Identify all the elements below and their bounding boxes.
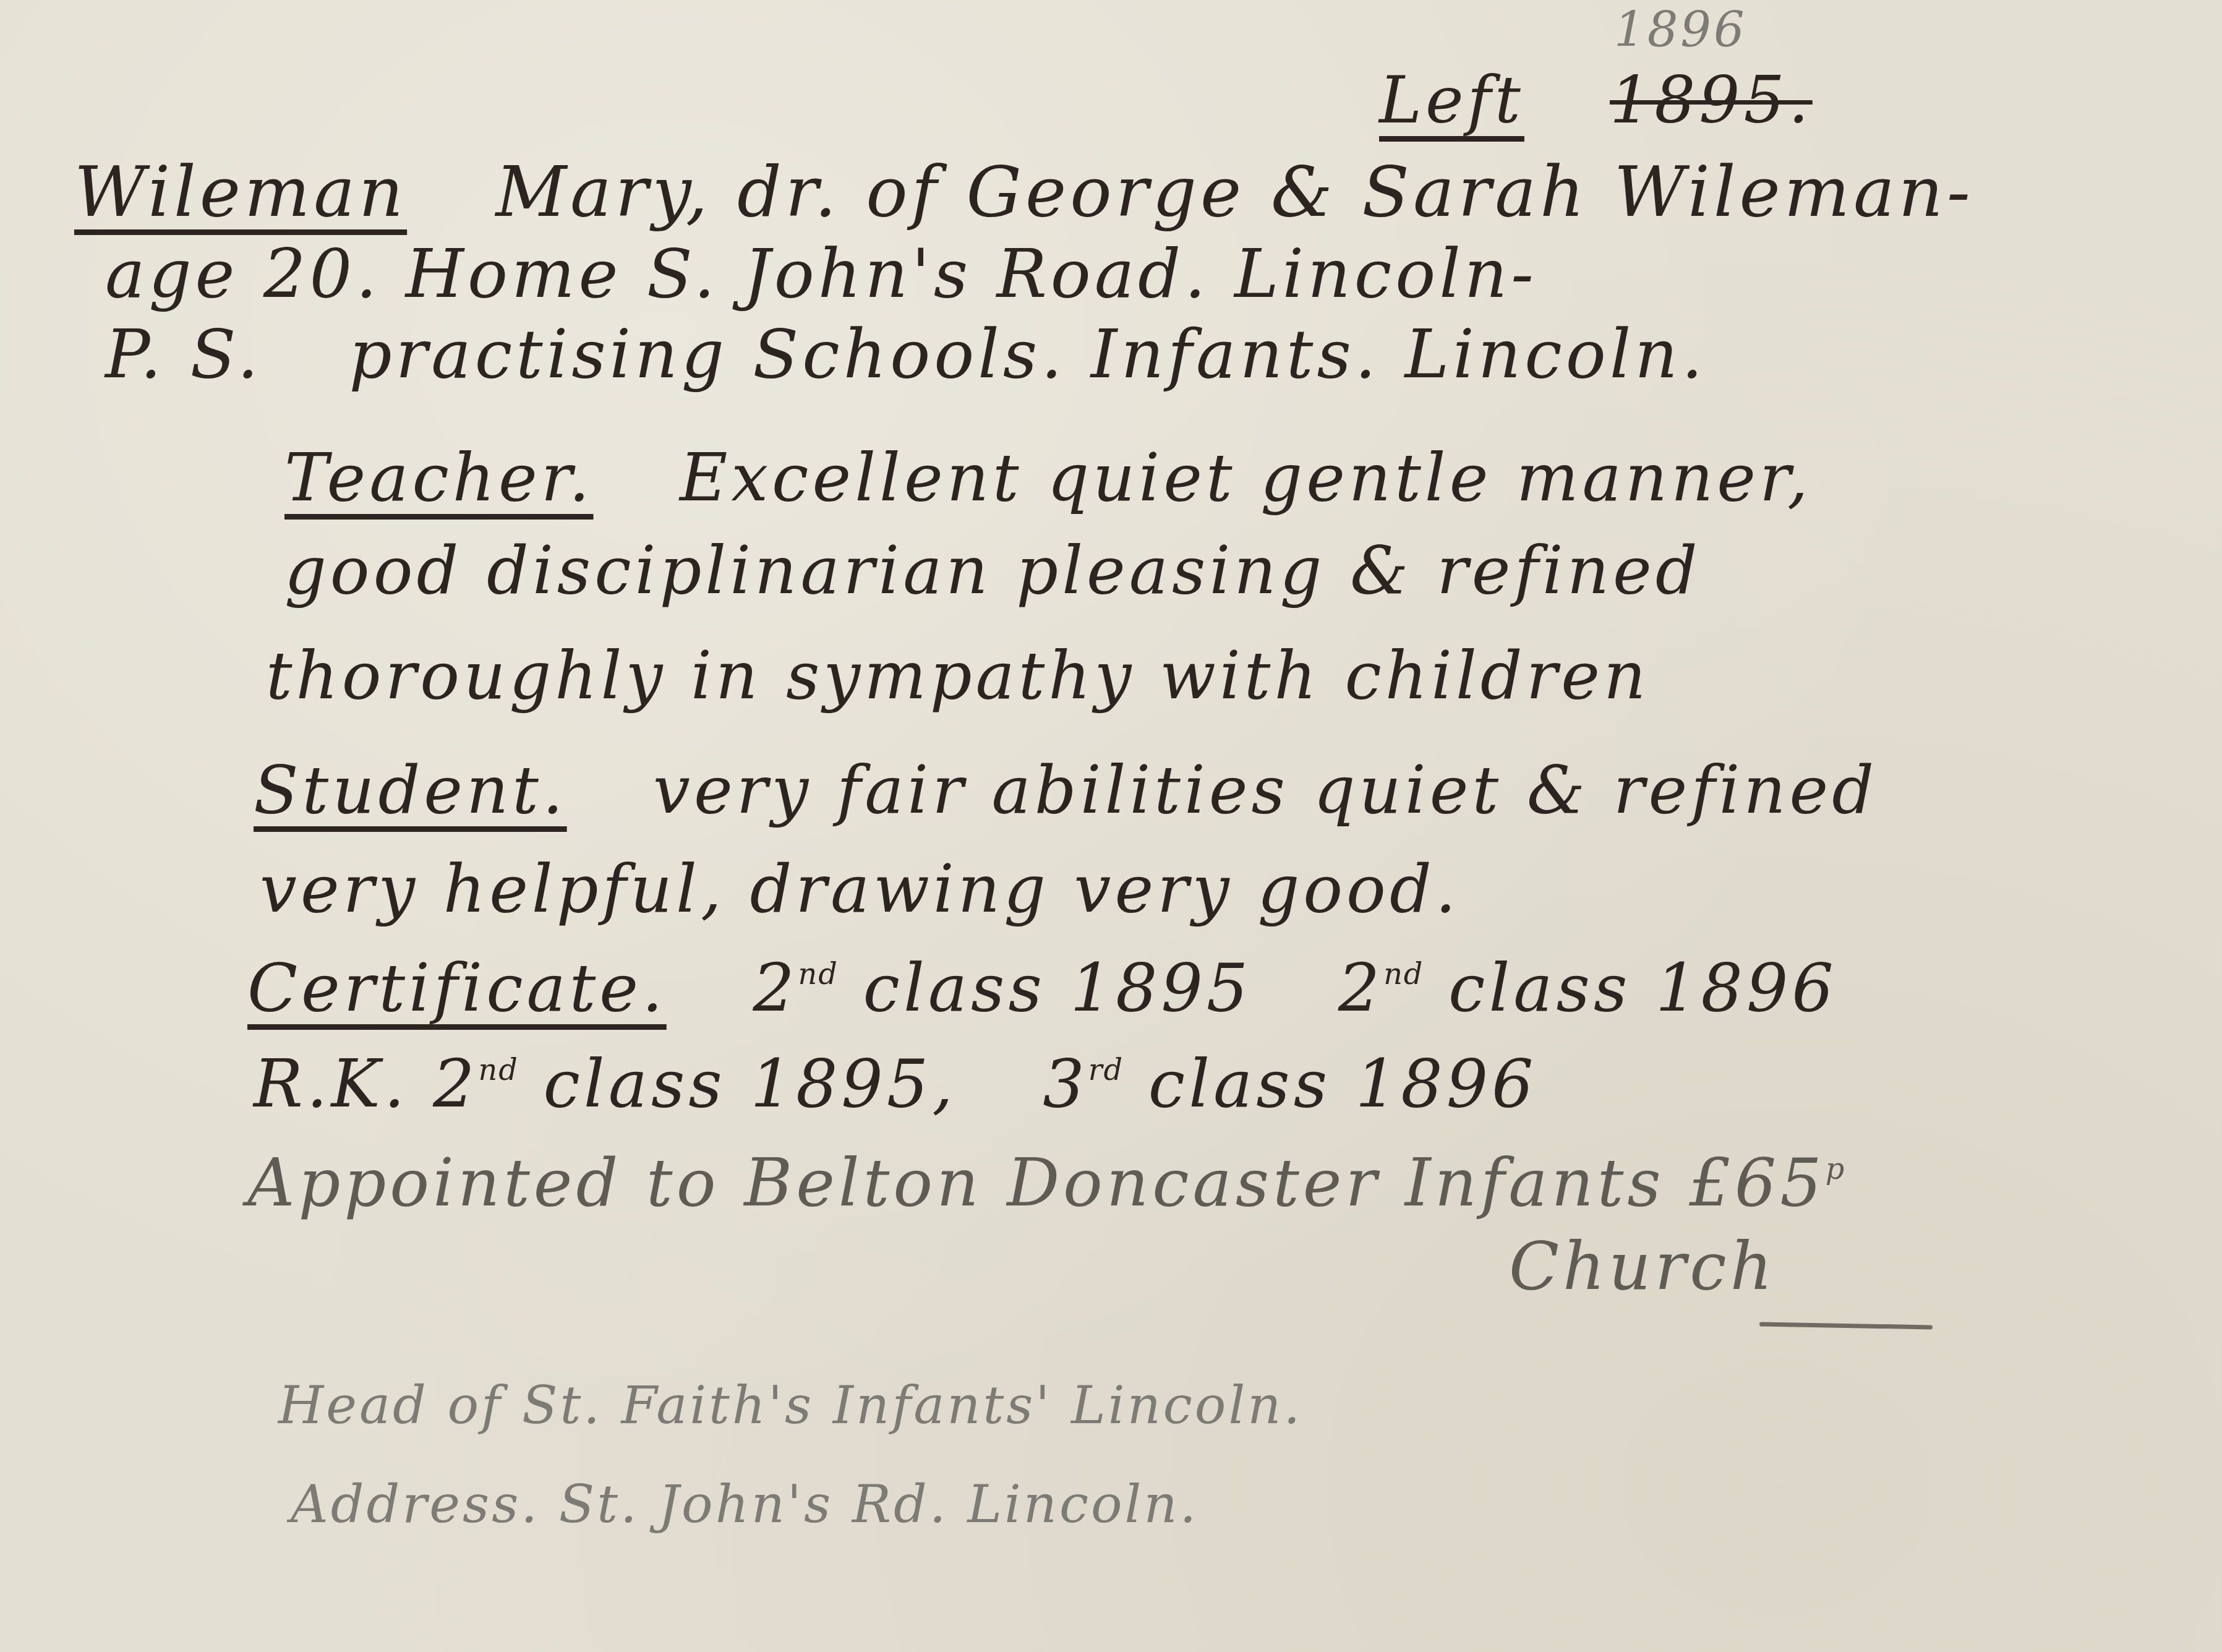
student-line-2: very helpful, drawing very good. [260, 857, 1459, 922]
teacher-line-2: good disciplinarian pleasing & refined [284, 538, 1701, 604]
certificate-a: 2nd class 1895 [753, 950, 1276, 1026]
pencil-note-address: Address. St. John's Rd. Lincoln. [291, 1478, 1199, 1530]
left-label: Left [1379, 62, 1524, 138]
church-underline [1759, 1322, 1933, 1330]
teacher-line-3: thoroughly in sympathy with children [266, 643, 1649, 709]
church-note: Church [1509, 1234, 1776, 1299]
surname: Wileman [74, 152, 407, 233]
rk-line: R.K. 2nd class 1895, 3rd class 1896 [254, 1051, 1537, 1117]
left-date: Left 1895. [1379, 68, 1813, 132]
school-prefix: P. S. [105, 316, 262, 393]
name-line: Wileman Mary, dr. of George & Sarah Wile… [74, 158, 1974, 227]
appointment-line: Appointed to Belton Doncaster Infants £6… [247, 1150, 1845, 1216]
age-home-line: age 20. Home S. John's Road. Lincoln- [105, 241, 1537, 308]
record-card: 1896 Left 1895. Wileman Mary, dr. of Geo… [0, 0, 2222, 1652]
rk-a: 2nd class 1895, [433, 1046, 981, 1122]
student-remark-1: very fair abilities quiet & refined [653, 752, 1878, 828]
certificate-b: 2nd class 1896 [1338, 950, 1837, 1026]
year-correction: 1896 [1614, 6, 1747, 54]
certificate-label: Certificate. [247, 950, 667, 1026]
rk-label: R.K. [254, 1046, 408, 1122]
salary: £65p [1689, 1145, 1845, 1221]
student-line-1: Student. very fair abilities quiet & ref… [254, 758, 1878, 823]
school-name: practising Schools. Infants. Lincoln. [349, 316, 1707, 393]
rk-b: 3rd class 1896 [1043, 1046, 1537, 1122]
student-label: Student. [254, 752, 567, 828]
appointment-text: Appointed to Belton Doncaster Infants [247, 1145, 1665, 1221]
school-line: P. S. practising Schools. Infants. Linco… [105, 322, 1706, 388]
teacher-line-1: Teacher. Excellent quiet gentle manner, [284, 445, 1812, 511]
pencil-note-head: Head of St. Faith's Infants' Lincoln. [278, 1379, 1302, 1431]
teacher-remark-1: Excellent quiet gentle manner, [680, 440, 1812, 516]
name-parents: Mary, dr. of George & Sarah Wileman- [495, 152, 1973, 233]
left-year-struck: 1895. [1610, 62, 1813, 138]
teacher-label: Teacher. [284, 440, 593, 516]
certificate-line: Certificate. 2nd class 1895 2nd class 18… [247, 956, 1837, 1021]
